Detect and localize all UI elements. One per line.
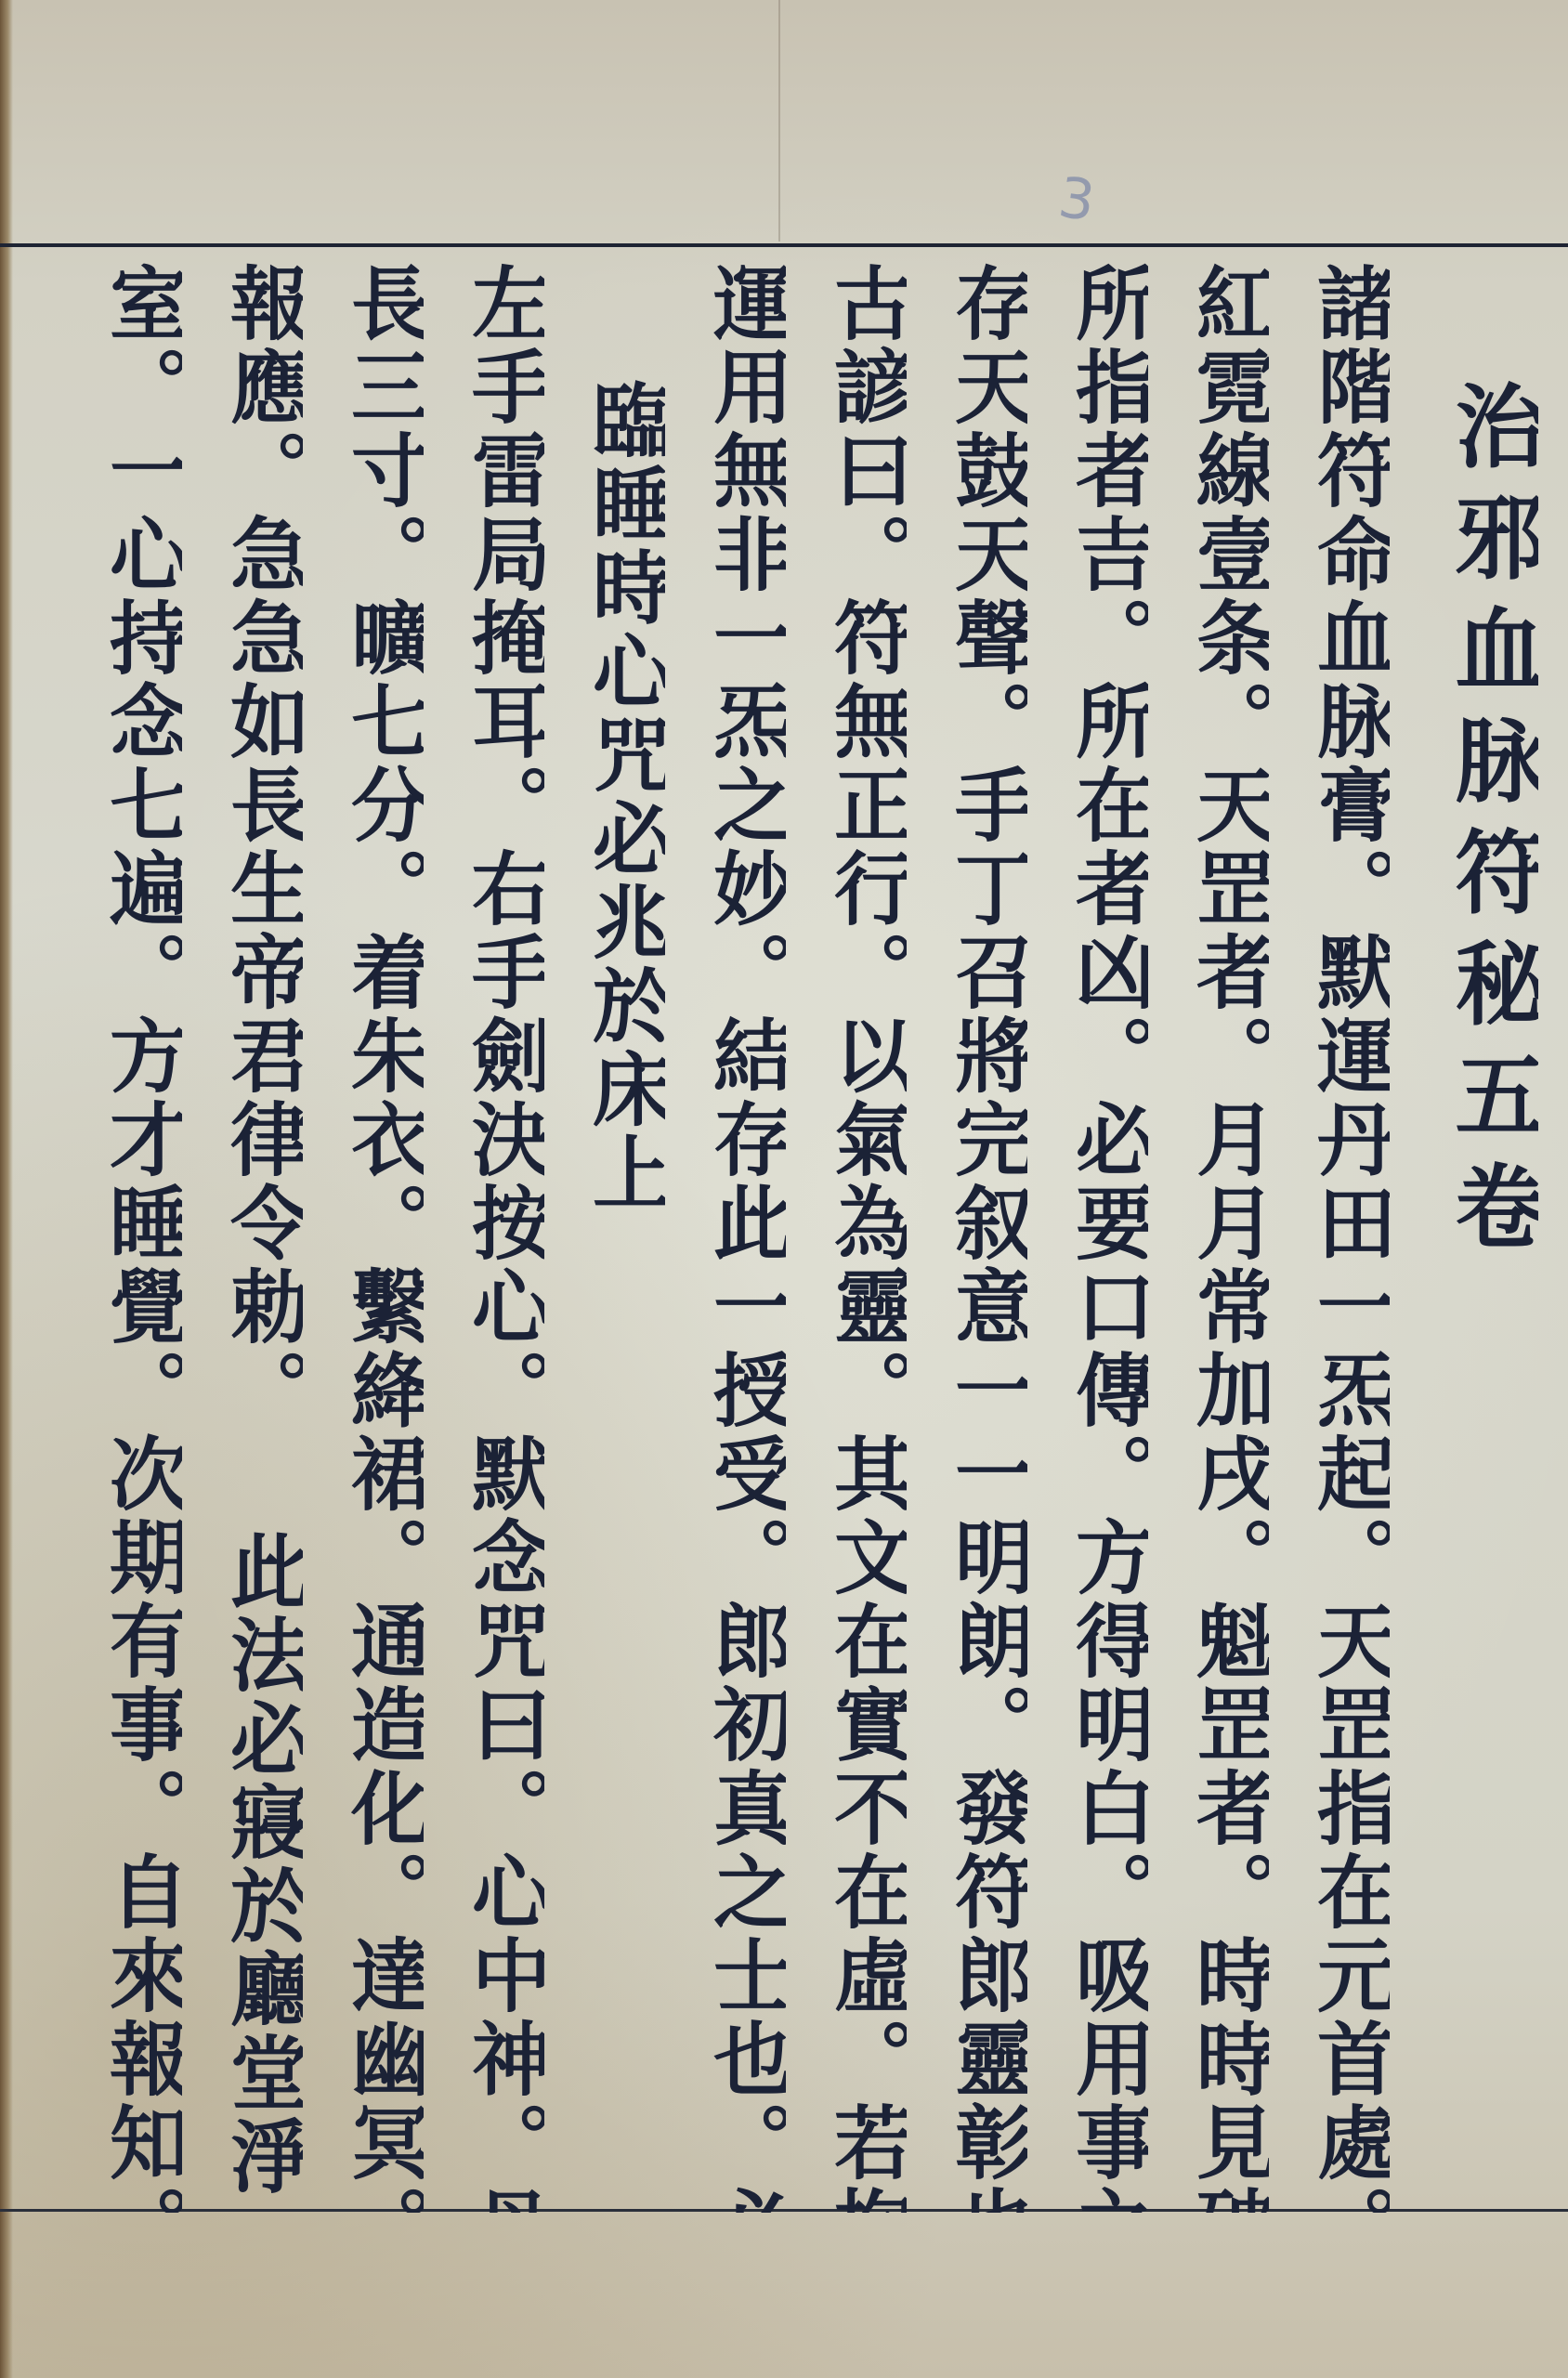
- text-column-6: 運用無非一炁之妙。結存此一授受。郎初真之士也。必須慎之。: [665, 249, 786, 2213]
- text-column-9: 長三寸。曠七分。着朱衣。繫絳裙。通造化。達幽冥。凡有事急: [303, 249, 424, 2213]
- document-title: 治邪血脉符秘五卷: [1390, 249, 1538, 2330]
- text-column-11: 室。一心持念七遍。方才睡覺。次期有事。自來報知。勿乱作: [61, 249, 182, 2213]
- pencil-page-mark: 3: [1054, 165, 1099, 235]
- text-column-5: 古諺曰。符無正行。以氣為靈。其文在實不在虛。若拘值符形。: [786, 249, 907, 2213]
- manuscript-page: 3 治邪血脉符秘五卷 諸階符命血脉膏。默運丹田一炁起。天罡指在元首處。恰似 紅霓…: [0, 0, 1568, 2378]
- text-column-3: 所指者吉。所在者凶。必要口傳。方得明白。吸用事之際。所: [1027, 249, 1148, 2213]
- paper-fold-crease: [778, 0, 780, 242]
- vertical-text-block: 治邪血脉符秘五卷 諸階符命血脉膏。默運丹田一炁起。天罡指在元首處。恰似 紅霓線壹…: [9, 249, 1561, 2204]
- text-column-7-subheading: 臨睡時心咒必兆於床上: [544, 249, 665, 2330]
- text-column-10-main: 報應。急急如長生帝君律令勅。: [216, 262, 303, 1432]
- text-column-10: 報應。急急如長生帝君律令勅。 此法必寢於廳堂淨: [182, 249, 303, 2213]
- text-column-10-tail: 此法必寢於廳堂淨: [216, 1530, 303, 2199]
- text-column-1: 諸階符命血脉膏。默運丹田一炁起。天罡指在元首處。恰似: [1269, 249, 1390, 2213]
- text-column-2: 紅霓線壹条。天罡者。月月常加戌。魁罡者。時時見破軍。: [1148, 249, 1269, 2213]
- text-column-8: 左手雷局掩耳。右手劍決按心。默念咒曰。心中神。丹元君。: [424, 249, 544, 2213]
- top-border-rule: [0, 243, 1568, 247]
- text-column-4: 存天鼓天聲。手丁召將完叙意一一明朗。發符郎靈彰也。: [907, 249, 1027, 2213]
